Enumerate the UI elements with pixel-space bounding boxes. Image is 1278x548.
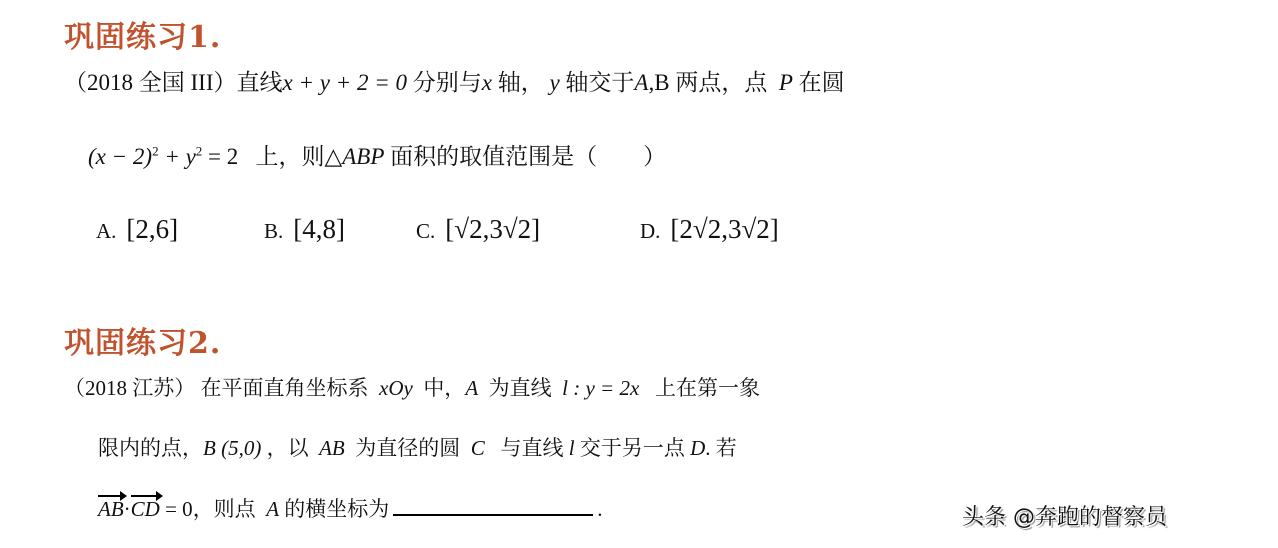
text: 为直径的圆 [355,436,460,460]
text: 上，则△ [256,144,343,169]
point-p: P [779,70,793,95]
option-d: D.[2√2,3√2] [640,214,779,245]
line-l: l [569,436,575,460]
exercise-2-line-1: （2018 江苏） 在平面直角坐标系 xOy 中，A 为直线 l : y = 2… [64,372,760,402]
exercise-2-heading: 巩固练习2. [64,318,221,362]
option-label: B. [264,219,283,243]
equation: = 0 [160,497,193,521]
circle-eq-part-2: + y [159,144,196,169]
text: 为直线 [489,376,552,400]
text: ，以 [267,436,309,460]
option-a: A.[2,6] [96,214,178,245]
coord-system: xOy [379,376,413,400]
vector-ab: AB [98,497,124,522]
text: 轴， [498,70,544,95]
segment-ab: AB [319,436,345,460]
text: 上在第一象 [655,376,760,400]
var-x: x [482,70,492,95]
point-b: B (5,0) [203,436,261,460]
exercise-1-line-1: （2018 全国 III）直线x + y + 2 = 0 分别与x 轴， y 轴… [64,64,845,97]
question-text: 面积的取值范围是（ ） [390,144,666,169]
option-value: [4,8] [293,214,345,244]
triangle-abp: ABP [342,144,384,169]
point-b: B [654,70,669,95]
period: . [597,497,602,521]
circle-c: C [471,436,485,460]
option-value: [√2,3√2] [445,214,540,244]
text: 交于另一点 [580,436,685,460]
point-d: D [690,436,705,460]
text: 在平面直角坐标系 [201,376,369,400]
circle-eq-part-3: = 2 [202,144,238,169]
text: 分别与 [413,70,482,95]
option-label: C. [416,219,435,243]
text: 在圆 [799,70,845,95]
option-value: [2√2,3√2] [670,214,778,244]
answer-blank [393,492,593,516]
text: 限内的点， [98,436,203,460]
source: （2018 江苏） [64,376,195,400]
point-a: A [266,497,279,521]
option-value: [2,6] [126,214,178,244]
text: 直线 [236,70,282,95]
option-c: C.[√2,3√2] [416,214,540,245]
text: . 若 [705,436,737,460]
option-b: B.[4,8] [264,214,345,245]
point-a: A, [634,70,654,95]
circle-eq-part-1: (x − 2) [88,144,152,169]
equation: x + y + 2 = 0 [282,70,406,95]
var-y: y [549,70,559,95]
source: （2018 全国 III） [64,70,236,95]
vector-cd: CD [131,497,160,522]
option-label: D. [640,219,660,243]
exercise-2-line-2: 限内的点，B (5,0) ，以 AB 为直径的圆 C 与直线 l 交于另一点 D… [98,432,737,462]
exercise-1-line-2: (x − 2)2 + y2 = 2 上，则△ABP 面积的取值范围是（ ） [88,138,666,171]
option-label: A. [96,219,116,243]
line-equation: l : y = 2x [562,376,639,400]
text: 中， [423,376,465,400]
text: 轴交于 [565,70,634,95]
exercise-1-heading: 巩固练习1. [64,12,221,56]
point-a: A [465,376,478,400]
watermark: 头条 @奔跑的督察员 [962,500,1167,531]
text: 两点，点 [675,70,767,95]
text: 与直线 [501,436,564,460]
exercise-2-line-3: AB·CD = 0，则点 A 的横坐标为. [98,492,603,523]
text: 的横坐标为 [284,497,389,521]
text: ，则点 [193,497,256,521]
